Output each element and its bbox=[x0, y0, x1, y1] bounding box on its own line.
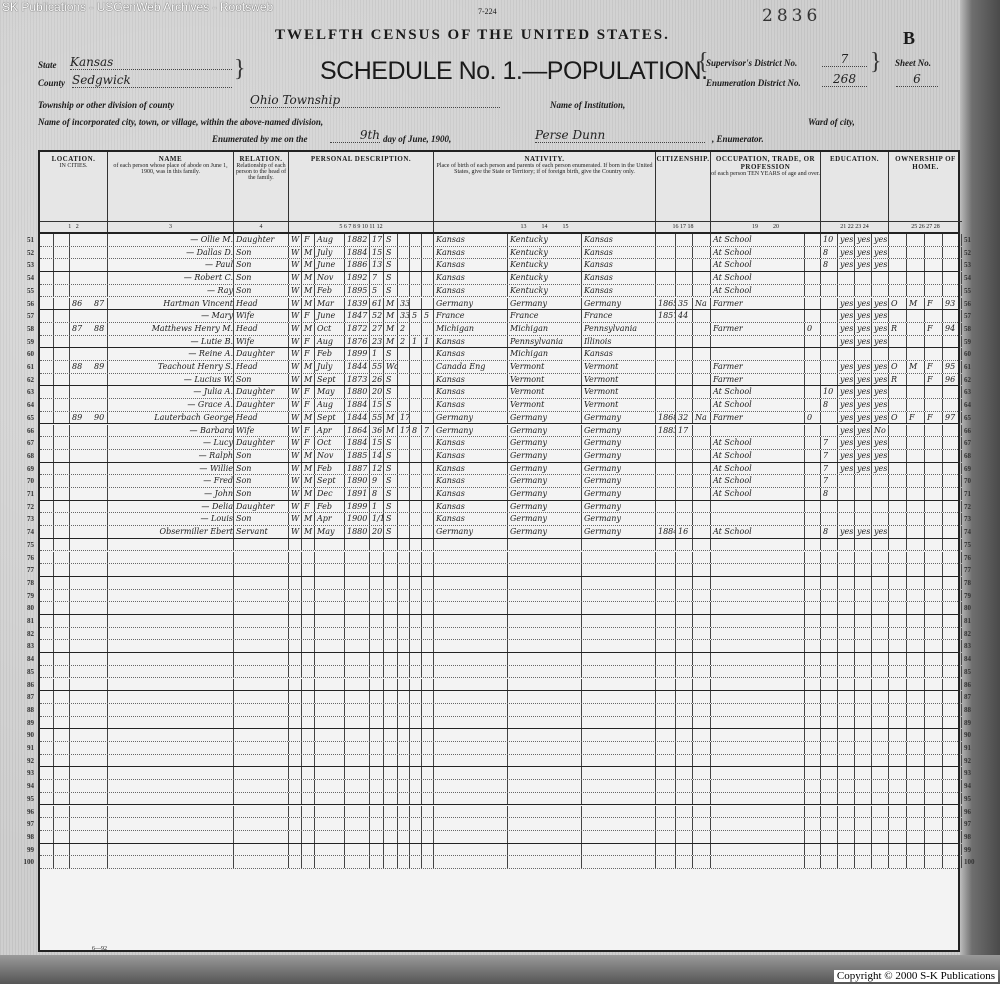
house-number-cell bbox=[54, 463, 70, 475]
birthplace-cell bbox=[434, 793, 508, 805]
children-born-cell bbox=[410, 602, 422, 614]
naturalization-cell bbox=[693, 361, 711, 373]
line-number: 78 bbox=[964, 577, 988, 589]
naturalization-cell bbox=[693, 780, 711, 792]
house-number-cell bbox=[54, 285, 70, 297]
can-write-cell: yes bbox=[855, 234, 872, 246]
father-birthplace-cell: Vermont bbox=[508, 374, 582, 386]
family-number-cell bbox=[92, 425, 108, 437]
months-unemployed-cell bbox=[805, 501, 821, 513]
birth-year-cell bbox=[345, 717, 370, 729]
birth-month-cell bbox=[315, 793, 345, 805]
birth-month-cell bbox=[315, 818, 345, 830]
line-number: 53 bbox=[964, 259, 988, 271]
immigration-year-cell bbox=[656, 399, 676, 411]
speaks-english-cell bbox=[872, 285, 889, 297]
children-living-cell bbox=[422, 259, 434, 271]
free-mortgaged-cell bbox=[907, 285, 925, 297]
sheet-label: Sheet No. bbox=[895, 58, 931, 68]
marital-status-cell bbox=[384, 679, 398, 691]
line-number: 88 bbox=[964, 704, 988, 716]
years-married-cell bbox=[398, 767, 410, 779]
immigration-year-cell bbox=[656, 666, 676, 678]
father-birthplace-cell bbox=[508, 653, 582, 665]
children-living-cell bbox=[422, 767, 434, 779]
table-row: 5353— PaulSonWMJune188613SKansasKentucky… bbox=[40, 259, 958, 272]
birth-month-cell bbox=[315, 767, 345, 779]
relation-cell: Daughter bbox=[234, 437, 289, 449]
speaks-english-cell bbox=[872, 628, 889, 640]
marital-status-cell bbox=[384, 806, 398, 818]
can-read-cell: yes bbox=[838, 425, 855, 437]
immigration-year-cell bbox=[656, 717, 676, 729]
house-number-cell bbox=[54, 298, 70, 310]
months-unemployed-cell bbox=[805, 463, 821, 475]
street-cell bbox=[40, 501, 54, 513]
marital-status-cell: S bbox=[384, 463, 398, 475]
house-number-cell bbox=[54, 767, 70, 779]
years-in-us-cell bbox=[676, 513, 693, 525]
relation-cell bbox=[234, 767, 289, 779]
birth-year-cell: 1884 bbox=[345, 247, 370, 259]
table-row: 8686 bbox=[40, 679, 958, 692]
can-write-cell: yes bbox=[855, 361, 872, 373]
can-write-cell: yes bbox=[855, 425, 872, 437]
street-cell bbox=[40, 298, 54, 310]
line-number: 64 bbox=[964, 399, 988, 411]
immigration-year-cell bbox=[656, 755, 676, 767]
color-cell bbox=[289, 539, 302, 551]
table-row: 8383 bbox=[40, 640, 958, 653]
years-married-cell bbox=[398, 628, 410, 640]
line-number: 81 bbox=[6, 615, 34, 627]
children-born-cell bbox=[410, 755, 422, 767]
sex-cell bbox=[302, 691, 315, 703]
line-number: 71 bbox=[6, 488, 34, 500]
marital-status-cell: S bbox=[384, 475, 398, 487]
speaks-english-cell bbox=[872, 488, 889, 500]
birth-year-cell: 1839 bbox=[345, 298, 370, 310]
naturalization-cell bbox=[693, 513, 711, 525]
children-born-cell bbox=[410, 729, 422, 741]
children-born-cell bbox=[410, 234, 422, 246]
sex-cell: M bbox=[302, 450, 315, 462]
census-grid: LOCATION.IN CITIES.1 2 NAMEof each perso… bbox=[38, 150, 960, 952]
age-cell: 1 bbox=[370, 348, 384, 360]
occupation-cell: At School bbox=[711, 234, 805, 246]
birth-month-cell: Nov bbox=[315, 450, 345, 462]
birth-month-cell bbox=[315, 742, 345, 754]
table-row: 100100 bbox=[40, 856, 958, 869]
birth-year-cell: 1876 bbox=[345, 336, 370, 348]
family-number-cell bbox=[92, 831, 108, 843]
marital-status-cell: S bbox=[384, 399, 398, 411]
street-cell bbox=[40, 386, 54, 398]
birth-year-cell bbox=[345, 590, 370, 602]
children-living-cell bbox=[422, 361, 434, 373]
father-birthplace-cell: Vermont bbox=[508, 399, 582, 411]
birth-year-cell bbox=[345, 552, 370, 564]
sex-cell bbox=[302, 640, 315, 652]
children-living-cell bbox=[422, 818, 434, 830]
school-months-cell bbox=[821, 336, 838, 348]
line-number: 54 bbox=[964, 272, 988, 284]
mother-birthplace-cell: Illinois bbox=[582, 336, 656, 348]
line-number: 80 bbox=[964, 602, 988, 614]
mother-birthplace-cell bbox=[582, 856, 656, 868]
owned-rented-cell bbox=[889, 767, 907, 779]
line-number: 98 bbox=[6, 831, 34, 843]
birthplace-cell bbox=[434, 615, 508, 627]
owned-rented-cell bbox=[889, 856, 907, 868]
birth-year-cell bbox=[345, 602, 370, 614]
birthplace-cell: Kansas bbox=[434, 463, 508, 475]
speaks-english-cell: yes bbox=[872, 412, 889, 424]
speaks-english-cell: yes bbox=[872, 234, 889, 246]
months-unemployed-cell bbox=[805, 666, 821, 678]
school-months-cell bbox=[821, 412, 838, 424]
birthplace-cell bbox=[434, 780, 508, 792]
school-months-cell bbox=[821, 361, 838, 373]
line-number: 55 bbox=[6, 285, 34, 297]
father-birthplace-cell: Germany bbox=[508, 475, 582, 487]
mother-birthplace-cell bbox=[582, 691, 656, 703]
line-number: 70 bbox=[964, 475, 988, 487]
age-cell bbox=[370, 856, 384, 868]
birth-month-cell bbox=[315, 628, 345, 640]
occupation-cell bbox=[711, 539, 805, 551]
birth-month-cell bbox=[315, 590, 345, 602]
mother-birthplace-cell bbox=[582, 717, 656, 729]
father-birthplace-cell bbox=[508, 615, 582, 627]
occupation-cell: At School bbox=[711, 386, 805, 398]
color-cell: W bbox=[289, 272, 302, 284]
family-number-cell bbox=[92, 501, 108, 513]
color-cell: W bbox=[289, 234, 302, 246]
stamp-number: 2836 bbox=[762, 6, 821, 26]
line-number: 84 bbox=[964, 653, 988, 665]
table-row: 7272— DeliaDaughterWFFeb18991SKansasGerm… bbox=[40, 501, 958, 514]
farm-schedule-cell bbox=[943, 386, 962, 398]
person-name-cell bbox=[108, 831, 234, 843]
naturalization-cell bbox=[693, 666, 711, 678]
person-name-cell: — Julia A. bbox=[108, 386, 234, 398]
mother-birthplace-cell: Kansas bbox=[582, 272, 656, 284]
years-in-us-cell bbox=[676, 793, 693, 805]
free-mortgaged-cell bbox=[907, 666, 925, 678]
line-number: 90 bbox=[6, 729, 34, 741]
speaks-english-cell bbox=[872, 615, 889, 627]
years-married-cell bbox=[398, 501, 410, 513]
relation-cell: Head bbox=[234, 323, 289, 335]
years-in-us-cell: 17 bbox=[676, 425, 693, 437]
birth-month-cell: Oct bbox=[315, 437, 345, 449]
farm-schedule-cell bbox=[943, 691, 962, 703]
farm-house-cell bbox=[925, 742, 943, 754]
years-in-us-cell bbox=[676, 628, 693, 640]
years-married-cell: 17 bbox=[398, 412, 410, 424]
line-number: 93 bbox=[964, 767, 988, 779]
father-birthplace-cell bbox=[508, 564, 582, 576]
months-unemployed-cell bbox=[805, 628, 821, 640]
children-living-cell bbox=[422, 285, 434, 297]
relation-cell: Son bbox=[234, 488, 289, 500]
immigration-year-cell: 1883 bbox=[656, 425, 676, 437]
marital-status-cell bbox=[384, 755, 398, 767]
line-number: 53 bbox=[6, 259, 34, 271]
age-cell: 8 bbox=[370, 488, 384, 500]
sex-cell bbox=[302, 653, 315, 665]
owned-rented-cell bbox=[889, 386, 907, 398]
owned-rented-cell bbox=[889, 539, 907, 551]
farm-schedule-cell: 94 bbox=[943, 323, 962, 335]
marital-status-cell bbox=[384, 729, 398, 741]
birth-month-cell: Oct bbox=[315, 323, 345, 335]
farm-house-cell bbox=[925, 831, 943, 843]
age-cell: 55 bbox=[370, 361, 384, 373]
years-married-cell bbox=[398, 590, 410, 602]
school-months-cell bbox=[821, 323, 838, 335]
children-born-cell bbox=[410, 628, 422, 640]
naturalization-cell bbox=[693, 501, 711, 513]
children-living-cell bbox=[422, 780, 434, 792]
immigration-year-cell bbox=[656, 653, 676, 665]
years-married-cell bbox=[398, 463, 410, 475]
marital-status-cell: S bbox=[384, 501, 398, 513]
person-name-cell bbox=[108, 564, 234, 576]
birth-month-cell: May bbox=[315, 526, 345, 538]
years-married-cell bbox=[398, 272, 410, 284]
naturalization-cell bbox=[693, 374, 711, 386]
immigration-year-cell bbox=[656, 577, 676, 589]
owned-rented-cell bbox=[889, 729, 907, 741]
school-months-cell bbox=[821, 564, 838, 576]
person-name-cell: — Ray bbox=[108, 285, 234, 297]
family-number-cell: 89 bbox=[92, 361, 108, 373]
relation-cell bbox=[234, 564, 289, 576]
owned-rented-cell bbox=[889, 437, 907, 449]
line-number: 79 bbox=[964, 590, 988, 602]
can-write-cell: yes bbox=[855, 374, 872, 386]
column-header-band: LOCATION.IN CITIES.1 2 NAMEof each perso… bbox=[40, 152, 958, 234]
relation-cell bbox=[234, 539, 289, 551]
years-in-us-cell bbox=[676, 615, 693, 627]
birthplace-cell bbox=[434, 628, 508, 640]
occupation-cell: At School bbox=[711, 399, 805, 411]
can-read-cell bbox=[838, 831, 855, 843]
color-cell bbox=[289, 640, 302, 652]
occupation-cell bbox=[711, 640, 805, 652]
children-living-cell: 7 bbox=[422, 425, 434, 437]
family-number-cell: 88 bbox=[92, 323, 108, 335]
line-number: 66 bbox=[6, 425, 34, 437]
can-read-cell bbox=[838, 806, 855, 818]
sex-cell: M bbox=[302, 247, 315, 259]
sex-cell: M bbox=[302, 323, 315, 335]
street-cell bbox=[40, 767, 54, 779]
line-number: 56 bbox=[964, 298, 988, 310]
children-born-cell bbox=[410, 259, 422, 271]
school-months-cell bbox=[821, 501, 838, 513]
person-name-cell bbox=[108, 856, 234, 868]
birthplace-cell bbox=[434, 577, 508, 589]
family-number-cell bbox=[92, 336, 108, 348]
family-number-cell bbox=[92, 729, 108, 741]
owned-rented-cell bbox=[889, 564, 907, 576]
family-number-cell bbox=[92, 691, 108, 703]
birth-year-cell bbox=[345, 577, 370, 589]
occupation-cell: At School bbox=[711, 272, 805, 284]
house-number-cell bbox=[54, 437, 70, 449]
farm-house-cell bbox=[925, 602, 943, 614]
person-name-cell: Lauterbach George bbox=[108, 412, 234, 424]
mother-birthplace-cell: Germany bbox=[582, 501, 656, 513]
owned-rented-cell bbox=[889, 501, 907, 513]
township-value: Ohio Township bbox=[250, 93, 500, 108]
birthplace-cell: Kansas bbox=[434, 513, 508, 525]
birthplace-cell: Kansas bbox=[434, 450, 508, 462]
house-number-cell bbox=[54, 844, 70, 856]
years-in-us-cell: 32 bbox=[676, 412, 693, 424]
birthplace-cell: Kansas bbox=[434, 247, 508, 259]
sex-cell: M bbox=[302, 374, 315, 386]
table-row: 6060— Reine A.DaughterWFFeb18991SKansasM… bbox=[40, 348, 958, 361]
street-cell bbox=[40, 488, 54, 500]
county-value: Sedgwick bbox=[72, 73, 232, 88]
birth-month-cell: Apr bbox=[315, 425, 345, 437]
children-living-cell bbox=[422, 564, 434, 576]
father-birthplace-cell bbox=[508, 806, 582, 818]
mother-birthplace-cell bbox=[582, 590, 656, 602]
street-cell bbox=[40, 628, 54, 640]
line-number: 90 bbox=[964, 729, 988, 741]
occupation-cell: At School bbox=[711, 437, 805, 449]
birth-month-cell: July bbox=[315, 361, 345, 373]
years-in-us-cell bbox=[676, 336, 693, 348]
free-mortgaged-cell bbox=[907, 450, 925, 462]
family-number-cell bbox=[92, 704, 108, 716]
enumerator-label: , Enumerator. bbox=[712, 134, 764, 144]
owned-rented-cell: O bbox=[889, 298, 907, 310]
mother-birthplace-cell: Vermont bbox=[582, 386, 656, 398]
farm-schedule-cell bbox=[943, 793, 962, 805]
farm-house-cell bbox=[925, 844, 943, 856]
farm-schedule-cell bbox=[943, 488, 962, 500]
father-birthplace-cell: Vermont bbox=[508, 361, 582, 373]
can-read-cell: yes bbox=[838, 298, 855, 310]
years-in-us-cell bbox=[676, 780, 693, 792]
free-mortgaged-cell bbox=[907, 780, 925, 792]
years-married-cell bbox=[398, 386, 410, 398]
color-cell bbox=[289, 679, 302, 691]
father-birthplace-cell: Germany bbox=[508, 450, 582, 462]
months-unemployed-cell bbox=[805, 259, 821, 271]
immigration-year-cell bbox=[656, 374, 676, 386]
line-number: 87 bbox=[6, 691, 34, 703]
line-number: 100 bbox=[964, 856, 988, 868]
person-name-cell bbox=[108, 806, 234, 818]
children-born-cell bbox=[410, 856, 422, 868]
naturalization-cell: Na bbox=[693, 298, 711, 310]
can-read-cell bbox=[838, 488, 855, 500]
street-cell bbox=[40, 348, 54, 360]
color-cell: W bbox=[289, 399, 302, 411]
years-in-us-cell bbox=[676, 272, 693, 284]
color-cell bbox=[289, 806, 302, 818]
line-number: 78 bbox=[6, 577, 34, 589]
months-unemployed-cell bbox=[805, 437, 821, 449]
children-living-cell bbox=[422, 577, 434, 589]
free-mortgaged-cell bbox=[907, 552, 925, 564]
months-unemployed-cell bbox=[805, 564, 821, 576]
children-living-cell bbox=[422, 386, 434, 398]
person-name-cell bbox=[108, 679, 234, 691]
father-birthplace-cell bbox=[508, 793, 582, 805]
line-number: 89 bbox=[6, 717, 34, 729]
naturalization-cell bbox=[693, 717, 711, 729]
children-born-cell bbox=[410, 742, 422, 754]
birth-month-cell bbox=[315, 564, 345, 576]
person-name-cell: — Ralph bbox=[108, 450, 234, 462]
birth-month-cell bbox=[315, 806, 345, 818]
line-number: 98 bbox=[964, 831, 988, 843]
marital-status-cell bbox=[384, 590, 398, 602]
immigration-year-cell bbox=[656, 272, 676, 284]
line-number: 99 bbox=[6, 844, 34, 856]
immigration-year-cell bbox=[656, 552, 676, 564]
naturalization-cell bbox=[693, 285, 711, 297]
person-name-cell: Matthews Henry M. bbox=[108, 323, 234, 335]
color-cell bbox=[289, 602, 302, 614]
months-unemployed-cell bbox=[805, 717, 821, 729]
months-unemployed-cell bbox=[805, 704, 821, 716]
children-living-cell bbox=[422, 742, 434, 754]
age-cell: 15 bbox=[370, 399, 384, 411]
can-write-cell bbox=[855, 818, 872, 830]
owned-rented-cell bbox=[889, 552, 907, 564]
months-unemployed-cell bbox=[805, 298, 821, 310]
house-number-cell bbox=[54, 374, 70, 386]
speaks-english-cell: yes bbox=[872, 437, 889, 449]
can-read-cell: yes bbox=[838, 412, 855, 424]
farm-house-cell bbox=[925, 488, 943, 500]
sex-cell bbox=[302, 539, 315, 551]
children-living-cell bbox=[422, 272, 434, 284]
family-number-cell bbox=[92, 856, 108, 868]
can-write-cell bbox=[855, 602, 872, 614]
relation-cell: Son bbox=[234, 285, 289, 297]
farm-house-cell bbox=[925, 640, 943, 652]
mother-birthplace-cell bbox=[582, 615, 656, 627]
birthplace-cell bbox=[434, 844, 508, 856]
marital-status-cell bbox=[384, 818, 398, 830]
form-number: 7-224 bbox=[478, 7, 497, 16]
free-mortgaged-cell bbox=[907, 386, 925, 398]
house-number-cell bbox=[54, 348, 70, 360]
school-months-cell: 7 bbox=[821, 450, 838, 462]
line-number: 54 bbox=[6, 272, 34, 284]
house-number-cell bbox=[54, 628, 70, 640]
occupation-cell: At School bbox=[711, 526, 805, 538]
person-name-cell: — Fred bbox=[108, 475, 234, 487]
relation-cell bbox=[234, 628, 289, 640]
years-in-us-cell bbox=[676, 577, 693, 589]
line-number: 51 bbox=[964, 234, 988, 246]
farm-schedule-cell bbox=[943, 602, 962, 614]
occupation-cell bbox=[711, 780, 805, 792]
children-living-cell bbox=[422, 640, 434, 652]
house-number-cell bbox=[54, 450, 70, 462]
